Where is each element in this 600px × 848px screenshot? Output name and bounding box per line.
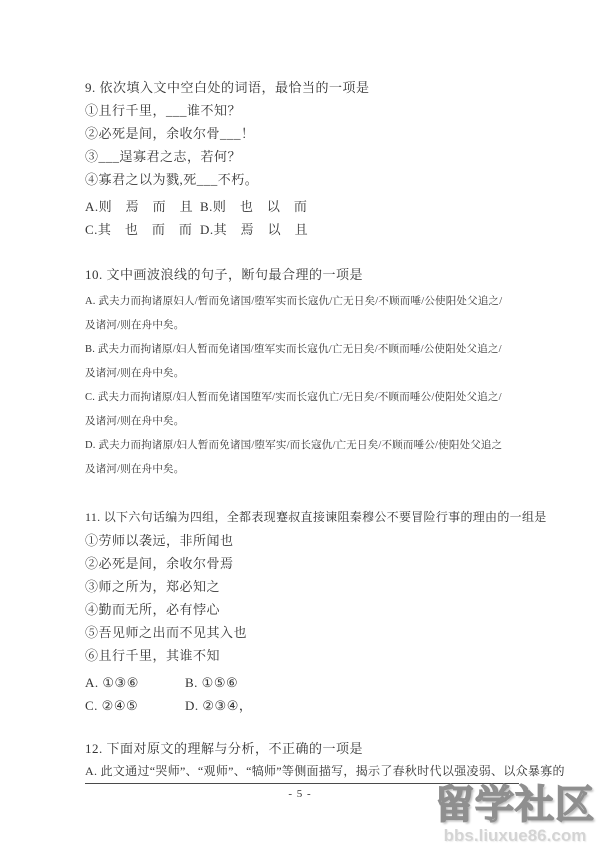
question-12-option-a: A. 此文通过“哭师”、“观师”、“犒师”等侧面描写，揭示了春秋时代以强凌弱、以… bbox=[85, 760, 547, 783]
option-line: 及诸河/则在舟中矣。 bbox=[85, 314, 547, 338]
question-10-option-a: A. 武夫力而拘诸原妇人/暂而免诸国/堕军实而长寇仇/亡无日矣/不顾而唾/公使阳… bbox=[85, 290, 547, 338]
question-9-option-d: D.其 焉 以 且 bbox=[200, 218, 308, 241]
question-10-option-d: D. 武夫力而拘诸原/妇人暂而免诸国/堕军实/而长寇仇/亡无日矣/不顾而唾公/使… bbox=[85, 434, 547, 482]
site-watermark: 留学社区 bbs.liuxue86.com bbox=[435, 786, 595, 844]
question-11-item-1: ①劳师以袭远，非所闻也 bbox=[85, 529, 547, 552]
question-11-option-row-1: A. ①③⑥ B. ①⑤⑥ bbox=[85, 671, 547, 694]
question-10-option-c: C. 武夫力而拘诸原/妇人暂而免诸国堕军/实而长寇仇亡/无日矣/不顾而唾公/使阳… bbox=[85, 386, 547, 434]
question-9-option-row-2: C.其 也 而 而 D.其 焉 以 且 bbox=[85, 218, 547, 241]
watermark-url: bbs.liuxue86.com bbox=[435, 827, 595, 844]
question-9-stem: 9. 依次填入文中空白处的词语，最恰当的一项是 bbox=[85, 76, 547, 99]
question-9-item-4: ④寡君之以为戮,死___不朽。 bbox=[85, 168, 547, 191]
question-9-item-1: ①且行千里，___谁不知？ bbox=[85, 99, 547, 122]
question-11-option-row-2: C. ②④⑤ D. ②③④， bbox=[85, 694, 547, 717]
question-11: 11. 以下六句话编为四组，全都表现蹇叔直接谏阻秦穆公不要冒险行事的理由的一组是… bbox=[85, 506, 547, 717]
question-9-option-b: B.则 也 以 而 bbox=[200, 195, 307, 218]
option-line: 及诸河/则在舟中矣。 bbox=[85, 362, 547, 386]
option-line: 及诸河/则在舟中矣。 bbox=[85, 458, 547, 482]
question-11-item-5: ⑤吾见师之出而不见其入也 bbox=[85, 621, 547, 644]
exam-paper-page: 9. 依次填入文中空白处的词语，最恰当的一项是 ①且行千里，___谁不知？ ②必… bbox=[0, 0, 600, 848]
question-11-item-4: ④勤而无所，必有悖心 bbox=[85, 598, 547, 621]
exam-content: 9. 依次填入文中空白处的词语，最恰当的一项是 ①且行千里，___谁不知？ ②必… bbox=[85, 76, 547, 783]
question-9: 9. 依次填入文中空白处的词语，最恰当的一项是 ①且行千里，___谁不知？ ②必… bbox=[85, 76, 547, 241]
question-11-item-2: ②必死是间，余收尔骨焉 bbox=[85, 552, 547, 575]
question-12: 12. 下面对原文的理解与分析，不正确的一项是 A. 此文通过“哭师”、“观师”… bbox=[85, 737, 547, 783]
question-11-option-c: C. ②④⑤ bbox=[85, 694, 185, 717]
watermark-logo-text: 留学社区 bbox=[435, 786, 595, 825]
question-11-item-6: ⑥且行千里，其谁不知 bbox=[85, 644, 547, 667]
option-line: C. 武夫力而拘诸原/妇人暂而免诸国堕军/实而长寇仇亡/无日矣/不顾而唾公/使阳… bbox=[85, 386, 547, 410]
option-line: B. 武夫力而拘诸原/妇人暂而免诸国/堕军实而长寇仇/亡无日矣/不顾而唾/公使阳… bbox=[85, 338, 547, 362]
question-11-stem: 11. 以下六句话编为四组，全都表现蹇叔直接谏阻秦穆公不要冒险行事的理由的一组是 bbox=[85, 506, 547, 529]
question-9-item-3: ③___逞寡君之志，若何？ bbox=[85, 145, 547, 168]
question-11-option-d: D. ②③④， bbox=[185, 694, 252, 717]
question-10-stem: 10. 文中画波浪线的句子，断句最合理的一项是 bbox=[85, 263, 547, 286]
option-line: D. 武夫力而拘诸原/妇人暂而免诸国/堕军实/而长寇仇/亡无日矣/不顾而唾公/使… bbox=[85, 434, 547, 458]
question-11-option-a: A. ①③⑥ bbox=[85, 671, 185, 694]
question-9-option-c: C.其 也 而 而 bbox=[85, 218, 200, 241]
question-9-option-a: A.则 焉 而 且 bbox=[85, 195, 200, 218]
question-12-stem: 12. 下面对原文的理解与分析，不正确的一项是 bbox=[85, 737, 547, 760]
question-9-option-row-1: A.则 焉 而 且 B.则 也 以 而 bbox=[85, 195, 547, 218]
question-9-item-2: ②必死是间，余收尔骨___！ bbox=[85, 122, 547, 145]
question-10: 10. 文中画波浪线的句子，断句最合理的一项是 A. 武夫力而拘诸原妇人/暂而免… bbox=[85, 263, 547, 482]
question-10-option-b: B. 武夫力而拘诸原/妇人暂而免诸国/堕军实而长寇仇/亡无日矣/不顾而唾/公使阳… bbox=[85, 338, 547, 386]
option-line: A. 武夫力而拘诸原妇人/暂而免诸国/堕军实而长寇仇/亡无日矣/不顾而唾/公使阳… bbox=[85, 290, 547, 314]
option-line: 及诸河/则在舟中矣。 bbox=[85, 410, 547, 434]
question-11-item-3: ③师之所为，郑必知之 bbox=[85, 575, 547, 598]
question-11-option-b: B. ①⑤⑥ bbox=[185, 671, 238, 694]
